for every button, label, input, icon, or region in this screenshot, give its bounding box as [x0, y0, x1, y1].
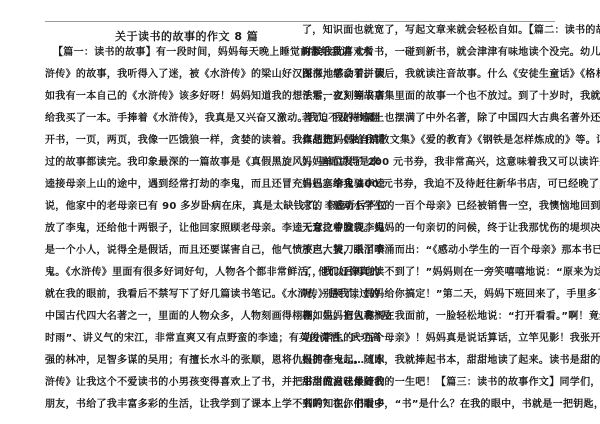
- text-line: 放声大哭，眼泪喷涌而出：“《感动小学生的一百个母亲》那本书已经卖完: [302, 244, 600, 258]
- text-line: 妈拥在一起。随即，我就捧起书本，甜甜地读了起来。读书是甜的，让这种: [302, 354, 600, 368]
- text-line: 作品选》《朱自清散文集》《爱的教育》《钢铁是怎样炼成的》等。记得有一次，: [302, 134, 600, 148]
- text-line: 时候我就喜欢看书，一碰到新书，就会津津有味地读个没完。幼儿园时读插: [302, 46, 600, 60]
- text-line: 天耷拉着脑袋。妈妈的一句亲切的问候，终于让我那忧伤的堤坝决口了，我: [302, 222, 600, 236]
- text-line: 求的《感动小学生的一百个母亲》已经被销售一空，我懊恼地回到了家，整: [302, 200, 600, 214]
- text-line: 图书，学会了拼读后，我就读注音故事。什么《安徒生童话》《格林童话》《一: [302, 68, 600, 82]
- document-page: 关于读书的故事的作文 8 篇 【篇一：读书的故事】有一段时间，妈妈每天晚上睡觉前…: [0, 0, 600, 424]
- text-line: 甜甜的滋味伴随我的一生吧！【篇三：读书的故事作文】同学们，你们爱读: [302, 376, 600, 390]
- text-line: 妈妈单位发了 200 元书券，我非常高兴，这意味着我又可以读许多新书了。: [302, 156, 600, 170]
- text-line: 千零一夜》等故事集里面的故事一个也不放过。到了十岁时，我就开始读名: [302, 90, 600, 104]
- text-line: 妈妈塞给我 100 元书券，我迫不及待赶往新华书店，可已经晚了，我梦寐以: [302, 178, 600, 192]
- header-rule: [45, 21, 555, 22]
- text-line: 呢，别哭了，妈妈给你搞定！”第二天，妈妈下班回来了，手里多了一个包: [302, 288, 600, 302]
- text-line: 了，知识面也就宽了，写起文章来就会轻松自如。【篇二：读书的故事】小: [302, 24, 600, 38]
- text-line: 著了。我的书架上也摆满了中外名著，除了中国四大古典名著外还有《冰心: [302, 112, 600, 126]
- text-line: 了，我以后再也读不到了！”妈妈则在一旁笑嘻嘻地说：“原来为这哭鼻子: [302, 266, 600, 280]
- text-line: 书吗？在你们眼中，“书”是什么？在我的眼中，书就是一把钥匙，为我打: [302, 398, 600, 412]
- document-title: 关于读书的故事的作文 8 篇: [115, 28, 258, 44]
- text-line: 裹，妈妈把包裹搁在我面前，一脸轻松地说：“打开看看。”啊！竟然是《感: [302, 310, 600, 324]
- text-line: 动小学生的一百个母亲》！妈妈真是说话算话，立竿见影！我张开双臂和妈: [302, 332, 600, 346]
